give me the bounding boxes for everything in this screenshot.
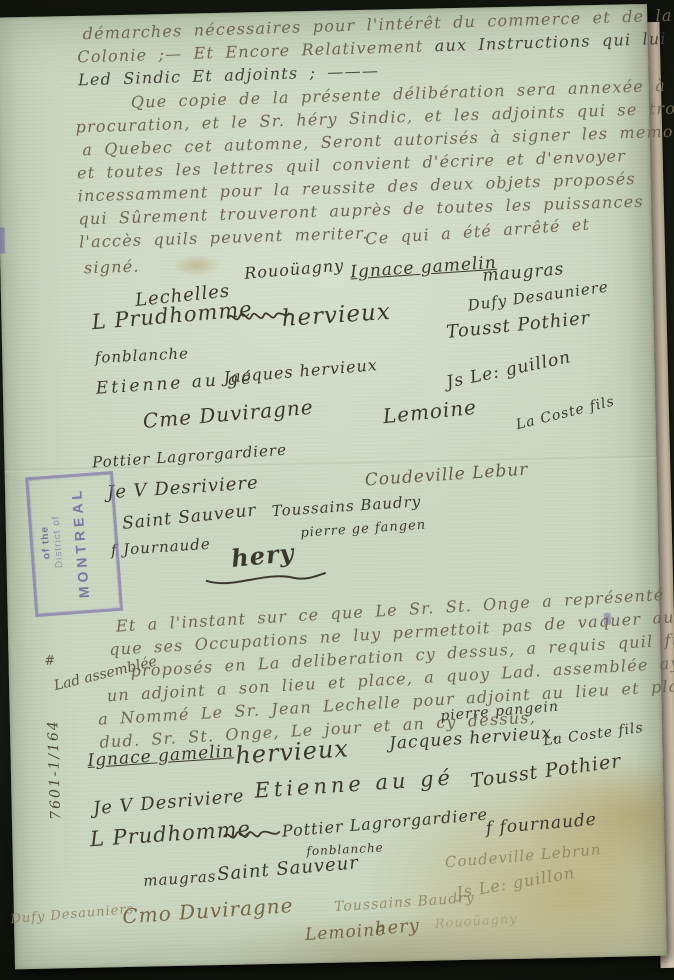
- signature: Js Le: guillon: [445, 347, 573, 392]
- archive-reference-number: 7601-1/164: [44, 694, 65, 844]
- signature: pierre ge fangen: [300, 518, 427, 541]
- archive-stamp: of the District of MONTREAL: [25, 471, 123, 617]
- stamp-text-montreal: MONTREAL: [67, 477, 92, 608]
- signature: Etienne au gé: [254, 766, 455, 803]
- signature: hery: [374, 915, 421, 940]
- signature: Rouoüagny: [434, 912, 518, 932]
- flourish-underline: [204, 569, 328, 589]
- signature: Dufy Desauniers: [10, 902, 135, 927]
- signature: La Coste fils: [514, 393, 616, 433]
- signature: Je V Desriviere: [92, 786, 245, 820]
- signature: Cmo Duviragne: [122, 893, 294, 928]
- margin-note-mark: #: [44, 653, 55, 668]
- signature: hery: [230, 538, 296, 573]
- signature: Tousst Pothier: [469, 750, 622, 792]
- signature: Lemoine: [382, 395, 478, 428]
- signature: Saint Sauveur: [216, 852, 359, 885]
- flourish-scribble: [222, 824, 283, 846]
- signature: Coudeville Lebrun: [444, 840, 602, 871]
- signature: Toussains Baudry: [334, 890, 476, 915]
- signature: Pottier Lagrorgardiere: [92, 441, 288, 472]
- scanned-manuscript: démarches nécessaires pour l'intérêt du …: [0, 0, 674, 980]
- signature: hervieux: [281, 299, 392, 332]
- signature: Rouoüagny: [244, 256, 345, 283]
- signature: f fournaude: [485, 810, 598, 839]
- signature: Tousst Pothier: [445, 307, 591, 342]
- signature: f Journaude: [110, 535, 211, 560]
- signature: Cme Duviragne: [142, 395, 314, 433]
- signature: maugras: [143, 867, 217, 890]
- signature: Je V Desriviere: [106, 472, 259, 503]
- signed-label: signé.: [84, 257, 140, 278]
- signature: Jacques hervieux: [223, 355, 379, 387]
- signature: Toussains Baudry: [271, 492, 422, 520]
- signature: Ignace gamelin: [350, 253, 498, 283]
- document-page: démarches nécessaires pour l'intérêt du …: [0, 4, 667, 969]
- signature: hervieux: [235, 734, 350, 769]
- signature: Pottier Lagrorgardiere: [281, 805, 489, 841]
- signature: fonblanche: [94, 344, 189, 367]
- signature: Coudeville Lebur: [364, 460, 529, 491]
- signature: Saint Sauveur: [121, 500, 257, 534]
